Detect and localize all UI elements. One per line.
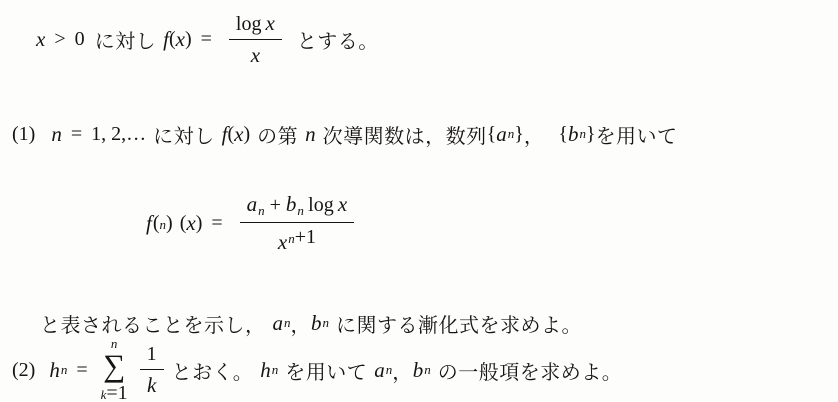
exponent-n-plus-1: n+1 bbox=[288, 231, 316, 246]
part2-number-label: (2) bbox=[12, 359, 35, 382]
jp-jikandokansu: 次導関数は，数列 bbox=[323, 120, 487, 149]
part1-number-label: (1) bbox=[12, 123, 35, 146]
equals-sign: = bbox=[106, 382, 117, 402]
right-paren: ) bbox=[185, 28, 192, 51]
math-var-k: k bbox=[147, 373, 156, 397]
log-operator: log bbox=[308, 194, 334, 216]
math-var-b: b bbox=[286, 192, 297, 216]
math-var-n: n bbox=[305, 122, 316, 147]
equals-sign: = bbox=[76, 359, 87, 382]
number-one: 1 bbox=[306, 226, 316, 248]
jp-mochiite: を用いて bbox=[285, 356, 367, 385]
jp-ippan: の一般項を求めよ。 bbox=[438, 356, 623, 385]
right-brace: } bbox=[514, 123, 524, 146]
jp-nodai: の第 bbox=[257, 120, 298, 149]
jp-tosuru: とする。 bbox=[297, 25, 379, 54]
subscript-n: n bbox=[272, 362, 279, 378]
display-formula: f(n) ( x ) = an+bn log x xn+1 bbox=[146, 188, 362, 258]
plus-sign: + bbox=[295, 226, 306, 248]
math-var-x: x bbox=[251, 43, 260, 67]
jp-mochiite: を用いて bbox=[596, 120, 678, 149]
summation-operator: n ∑ k=1 bbox=[101, 337, 128, 402]
number-one: 1 bbox=[147, 343, 157, 365]
jp-motomeyo: に関する漸化式を求めよ。 bbox=[336, 309, 582, 338]
jp-tooku: とおく。 bbox=[172, 356, 254, 385]
equals-sign: = bbox=[211, 212, 222, 235]
math-var-x: x bbox=[265, 11, 274, 35]
fraction-formula: an+bn log x xn+1 bbox=[240, 191, 355, 255]
part1-line: (1) n = 1, 2,… に対し f ( x ) の第 n 次導関数は，数列… bbox=[12, 112, 678, 156]
subscript-n: n bbox=[61, 362, 68, 378]
part2-line: (2) hn = n ∑ k=1 1 k とおく。 hn を用いて an ， b… bbox=[12, 340, 622, 400]
fraction-logx-over-x: log x x bbox=[229, 10, 282, 69]
subscript-n: n bbox=[323, 315, 330, 331]
math-var-a: a bbox=[247, 192, 258, 216]
log-operator: log bbox=[236, 13, 262, 35]
right-paren: ) bbox=[166, 212, 173, 234]
jp-nitaishi: に対し bbox=[153, 120, 215, 149]
math-var-b: b bbox=[413, 358, 424, 383]
fraction-denominator: xn+1 bbox=[271, 223, 323, 255]
math-var-x: x bbox=[176, 27, 185, 52]
jp-comma: ， bbox=[291, 309, 312, 338]
subscript-n: n bbox=[424, 362, 431, 378]
fraction-numerator: an+bn log x bbox=[240, 191, 355, 222]
right-brace: } bbox=[586, 123, 596, 146]
subscript-n: n bbox=[297, 203, 304, 218]
right-paren: ) bbox=[196, 212, 203, 235]
number-one: 1 bbox=[118, 382, 128, 402]
math-var-a: a bbox=[273, 311, 284, 336]
derivative-order-superscript: (n) bbox=[153, 212, 173, 235]
number-zero: 0 bbox=[75, 28, 85, 51]
math-var-x: x bbox=[186, 211, 195, 236]
left-brace: { bbox=[487, 123, 497, 146]
right-paren: ) bbox=[243, 123, 250, 146]
fraction-numerator: 1 bbox=[140, 342, 164, 370]
math-var-b: b bbox=[568, 122, 579, 147]
jp-nitaishi: に対し bbox=[95, 25, 157, 54]
fraction-numerator: log x bbox=[229, 10, 282, 40]
math-var-n: n bbox=[51, 122, 62, 147]
jp-comma: ， bbox=[392, 356, 413, 385]
left-paren: ( bbox=[153, 212, 160, 234]
math-var-x: x bbox=[338, 192, 347, 216]
fraction-denominator: k bbox=[140, 370, 163, 399]
math-var-a: a bbox=[496, 122, 507, 147]
math-var-h: h bbox=[49, 358, 60, 383]
equals-sign: = bbox=[201, 28, 212, 51]
left-paren: ( bbox=[169, 28, 176, 51]
math-var-x: x bbox=[234, 122, 243, 147]
equals-sign: = bbox=[71, 123, 82, 146]
math-var-x: x bbox=[36, 27, 45, 52]
math-var-a: a bbox=[374, 358, 385, 383]
fraction-denominator: x bbox=[244, 40, 267, 69]
jp-comma: ， bbox=[524, 120, 545, 149]
summation-lower-limit: k=1 bbox=[101, 383, 128, 402]
problem-page: x > 0 に対し f ( x ) = log x x とする。 (1) n =… bbox=[0, 0, 838, 402]
problem-intro-line: x > 0 に対し f ( x ) = log x x とする。 bbox=[36, 10, 379, 68]
jp-shimeshi: と表されることを示し， bbox=[40, 309, 266, 338]
sequence-values: 1, 2,… bbox=[91, 123, 146, 146]
sigma-symbol: ∑ bbox=[103, 351, 125, 380]
fraction-1-over-k: 1 k bbox=[140, 342, 164, 399]
math-var-h: h bbox=[260, 358, 271, 383]
greater-than-sign: > bbox=[54, 28, 65, 51]
math-func-f: f bbox=[146, 211, 152, 236]
plus-sign: + bbox=[270, 194, 281, 216]
subscript-n: n bbox=[258, 203, 265, 218]
left-brace: { bbox=[558, 123, 568, 146]
math-var-x: x bbox=[278, 230, 287, 254]
math-var-b: b bbox=[311, 311, 322, 336]
